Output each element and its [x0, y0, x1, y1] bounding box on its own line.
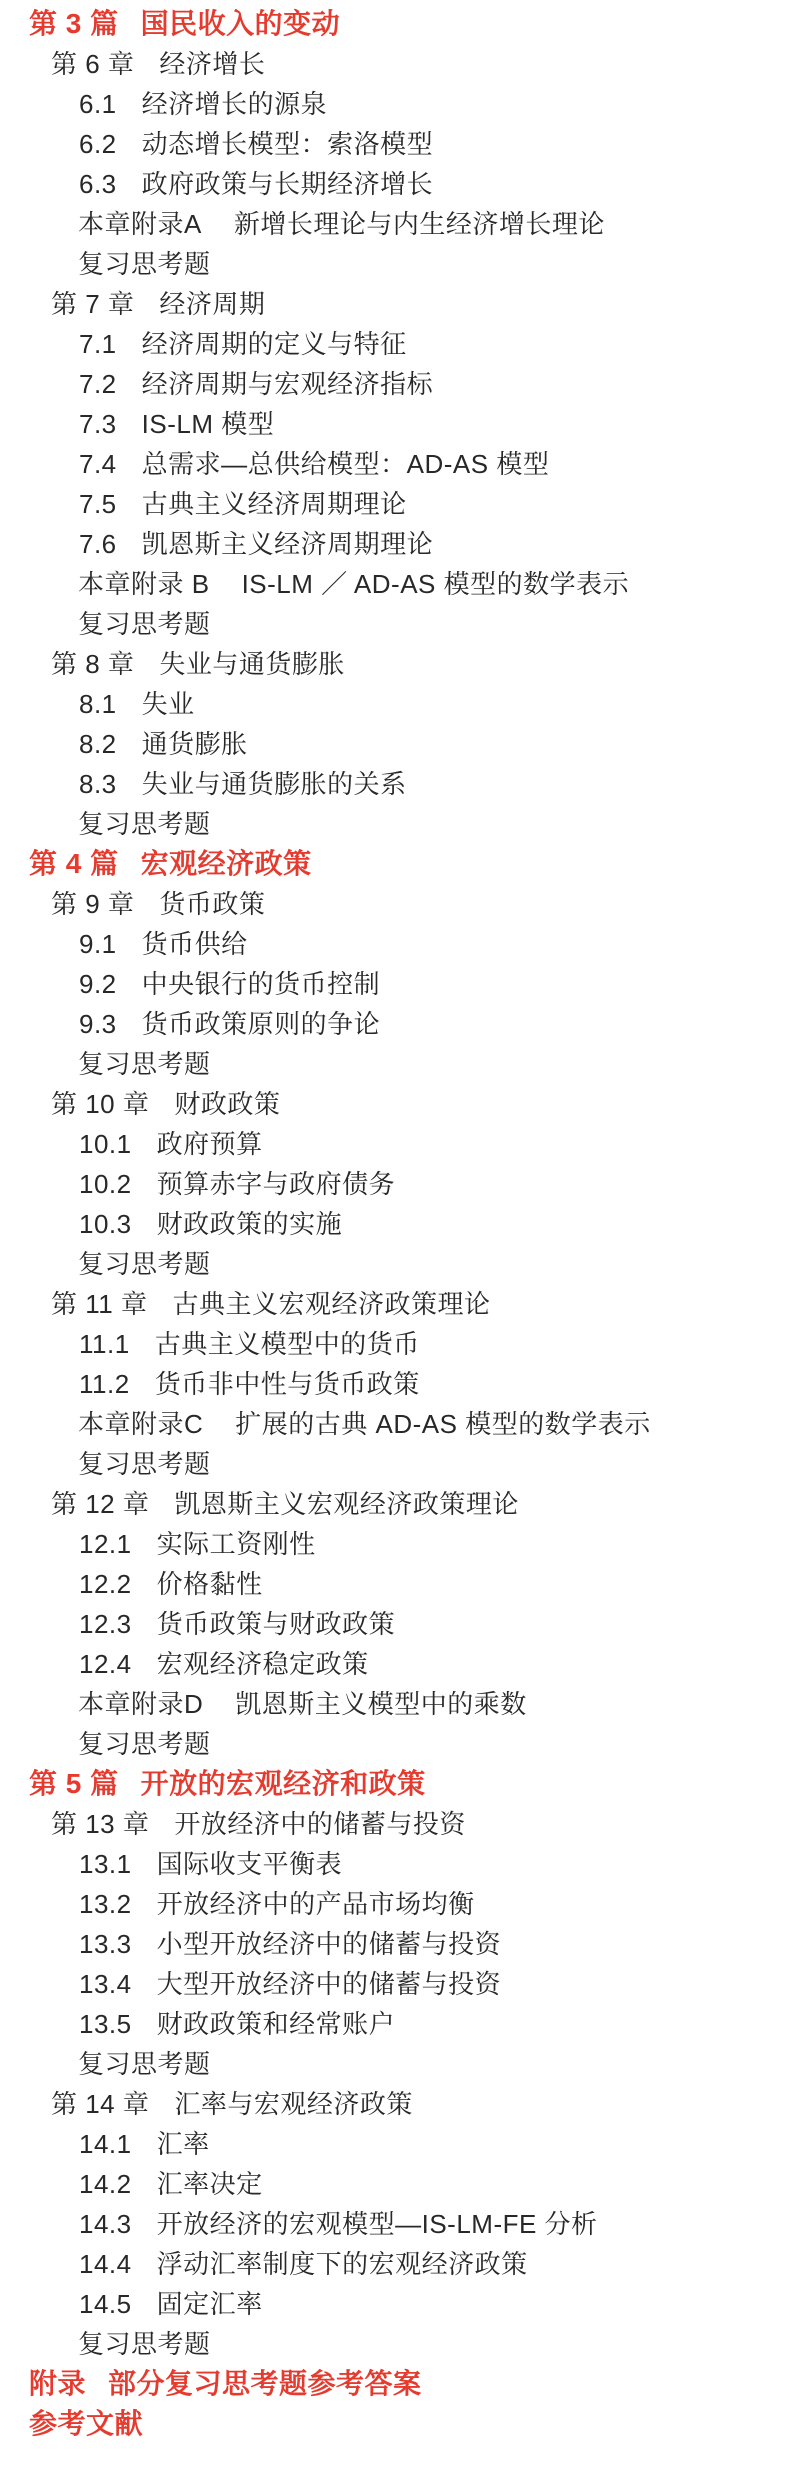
- toc-item-title: 经济周期的定义与特征: [142, 324, 407, 364]
- toc-item-number: 13.1: [79, 1844, 132, 1884]
- toc-part-heading: 参考文献: [0, 2404, 790, 2444]
- toc-item-title: 货币政策与财政政策: [157, 1604, 396, 1644]
- toc-item-title: 复习思考题: [78, 1724, 211, 1764]
- toc-section-item: 7.3IS-LM 模型: [0, 404, 790, 444]
- toc-item-number: 第 13 章: [51, 1804, 149, 1844]
- toc-section-item: 13.4大型开放经济中的储蓄与投资: [0, 1964, 790, 2004]
- toc-item-number: 13.4: [79, 1964, 132, 2004]
- toc-item-number: 第 12 章: [51, 1484, 149, 1524]
- toc-item-number: 8.3: [79, 764, 117, 804]
- toc-section-item: 7.4总需求—总供给模型：AD-AS 模型: [0, 444, 790, 484]
- toc-item-title: 财政政策的实施: [157, 1204, 343, 1244]
- toc-review-item: 复习思考题: [0, 2044, 790, 2084]
- toc-item-title: 预算赤字与政府债务: [157, 1164, 396, 1204]
- toc-review-item: 复习思考题: [0, 244, 790, 284]
- toc-item-number: 6.2: [79, 124, 117, 164]
- toc-item-number: 10.2: [79, 1164, 132, 1204]
- toc-part-heading: 第 3 篇国民收入的变动: [0, 4, 790, 44]
- toc-item-title: 经济增长: [159, 44, 265, 84]
- toc-item-number: 13.3: [79, 1924, 132, 1964]
- toc-section-item: 13.2开放经济中的产品市场均衡: [0, 1884, 790, 1924]
- toc-item-title: 参考文献: [29, 2404, 143, 2444]
- toc-item-number: 14.1: [79, 2124, 132, 2164]
- toc-item-title: 古典主义模型中的货币: [155, 1324, 420, 1364]
- toc-item-title: 复习思考题: [78, 804, 211, 844]
- toc-section-item: 6.1经济增长的源泉: [0, 84, 790, 124]
- toc-chapter-item: 第 6 章经济增长: [0, 44, 790, 84]
- toc-section-item: 10.2预算赤字与政府债务: [0, 1164, 790, 1204]
- toc-item-number: 12.1: [79, 1524, 132, 1564]
- toc-section-item: 13.5财政政策和经常账户: [0, 2004, 790, 2044]
- toc-item-title: 价格黏性: [157, 1564, 263, 1604]
- toc-section-item: 14.5固定汇率: [0, 2284, 790, 2324]
- toc-section-item: 7.6凯恩斯主义经济周期理论: [0, 524, 790, 564]
- toc-item-title: 汇率: [157, 2124, 210, 2164]
- toc-section-item: 12.4宏观经济稳定政策: [0, 1644, 790, 1684]
- toc-item-title: 凯恩斯主义经济周期理论: [142, 524, 434, 564]
- toc-item-title: 凯恩斯主义宏观经济政策理论: [174, 1484, 519, 1524]
- toc-section-item: 7.5古典主义经济周期理论: [0, 484, 790, 524]
- toc-item-number: 14.2: [79, 2164, 132, 2204]
- toc-section-item: 14.4浮动汇率制度下的宏观经济政策: [0, 2244, 790, 2284]
- toc-item-title: 复习思考题: [78, 1444, 211, 1484]
- toc-item-title: 复习思考题: [78, 1244, 211, 1284]
- toc-item-number: 7.3: [79, 404, 117, 444]
- toc-section-item: 14.2汇率决定: [0, 2164, 790, 2204]
- toc-item-number: 本章附录C: [78, 1404, 203, 1444]
- toc-section-item: 11.2货币非中性与货币政策: [0, 1364, 790, 1404]
- toc-section-item: 8.2通货膨胀: [0, 724, 790, 764]
- toc-item-title: 国民收入的变动: [141, 4, 341, 44]
- toc-section-item: 8.3失业与通货膨胀的关系: [0, 764, 790, 804]
- toc-review-item: 复习思考题: [0, 2324, 790, 2364]
- toc-item-title: IS-LM ／ AD-AS 模型的数学表示: [242, 564, 630, 604]
- toc-item-number: 第 11 章: [51, 1284, 147, 1324]
- toc-item-title: 财政政策和经常账户: [157, 2004, 396, 2044]
- toc-item-number: 第 3 篇: [29, 4, 119, 44]
- toc-chapter-item: 第 10 章财政政策: [0, 1084, 790, 1124]
- toc-item-number: 第 5 篇: [29, 1764, 119, 1804]
- toc-item-title: 开放经济中的储蓄与投资: [174, 1804, 466, 1844]
- toc-item-title: 货币政策: [159, 884, 265, 924]
- toc-section-item: 10.1政府预算: [0, 1124, 790, 1164]
- toc-section-item: 7.1经济周期的定义与特征: [0, 324, 790, 364]
- toc-item-title: 固定汇率: [157, 2284, 263, 2324]
- toc-item-title: 复习思考题: [78, 2044, 211, 2084]
- toc-item-title: 大型开放经济中的储蓄与投资: [157, 1964, 502, 2004]
- toc-item-title: 经济周期与宏观经济指标: [142, 364, 434, 404]
- toc-item-number: 本章附录D: [78, 1684, 203, 1724]
- toc-item-number: 第 10 章: [51, 1084, 149, 1124]
- toc-section-item: 6.2动态增长模型：索洛模型: [0, 124, 790, 164]
- toc-item-title: 总需求—总供给模型：AD-AS 模型: [142, 444, 550, 484]
- toc-section-item: 8.1失业: [0, 684, 790, 724]
- toc-item-number: 7.4: [79, 444, 117, 484]
- toc-section-item: 14.3开放经济的宏观模型—IS-LM-FE 分析: [0, 2204, 790, 2244]
- toc-item-number: 7.5: [79, 484, 117, 524]
- toc-item-title: 小型开放经济中的储蓄与投资: [157, 1924, 502, 1964]
- toc-item-title: 复习思考题: [78, 2324, 211, 2364]
- toc-item-title: 财政政策: [174, 1084, 280, 1124]
- toc-item-number: 10.1: [79, 1124, 132, 1164]
- toc-item-number: 第 7 章: [51, 284, 134, 324]
- toc-item-number: 14.4: [79, 2244, 132, 2284]
- toc-item-title: 复习思考题: [78, 604, 211, 644]
- toc-section-item: 12.3货币政策与财政政策: [0, 1604, 790, 1644]
- toc-item-number: 8.2: [79, 724, 117, 764]
- toc-item-number: 11.2: [79, 1364, 130, 1404]
- toc-item-number: 12.2: [79, 1564, 132, 1604]
- toc-chapter-item: 第 12 章凯恩斯主义宏观经济政策理论: [0, 1484, 790, 1524]
- toc-item-title: 货币政策原则的争论: [142, 1004, 381, 1044]
- toc-item-title: 政府政策与长期经济增长: [142, 164, 434, 204]
- toc-review-item: 复习思考题: [0, 804, 790, 844]
- toc-list: 第 3 篇国民收入的变动第 6 章经济增长6.1经济增长的源泉6.2动态增长模型…: [0, 4, 790, 2444]
- toc-item-title: 开放的宏观经济和政策: [141, 1764, 426, 1804]
- toc-item-title: 开放经济中的产品市场均衡: [157, 1884, 475, 1924]
- toc-section-item: 13.1国际收支平衡表: [0, 1844, 790, 1884]
- toc-appendix-item: 本章附录C扩展的古典 AD-AS 模型的数学表示: [0, 1404, 790, 1444]
- toc-item-number: 附录: [29, 2364, 86, 2404]
- toc-item-number: 13.5: [79, 2004, 132, 2044]
- toc-section-item: 14.1汇率: [0, 2124, 790, 2164]
- toc-item-title: 政府预算: [157, 1124, 263, 1164]
- toc-part-heading: 附录部分复习思考题参考答案: [0, 2364, 790, 2404]
- toc-section-item: 9.3货币政策原则的争论: [0, 1004, 790, 1044]
- toc-item-title: 国际收支平衡表: [157, 1844, 343, 1884]
- toc-item-title: 失业与通货膨胀: [159, 644, 345, 684]
- toc-item-title: 宏观经济稳定政策: [157, 1644, 369, 1684]
- toc-item-title: 浮动汇率制度下的宏观经济政策: [157, 2244, 528, 2284]
- toc-review-item: 复习思考题: [0, 1444, 790, 1484]
- toc-item-number: 第 8 章: [51, 644, 134, 684]
- toc-item-title: 通货膨胀: [142, 724, 248, 764]
- toc-item-title: 汇率决定: [157, 2164, 263, 2204]
- toc-item-title: 货币非中性与货币政策: [155, 1364, 420, 1404]
- toc-review-item: 复习思考题: [0, 1044, 790, 1084]
- toc-item-number: 7.6: [79, 524, 117, 564]
- toc-item-title: 古典主义宏观经济政策理论: [172, 1284, 490, 1324]
- toc-chapter-item: 第 7 章经济周期: [0, 284, 790, 324]
- toc-item-title: 开放经济的宏观模型—IS-LM-FE 分析: [157, 2204, 598, 2244]
- toc-item-title: 汇率与宏观经济政策: [174, 2084, 413, 2124]
- toc-item-title: 中央银行的货币控制: [142, 964, 381, 1004]
- toc-item-title: 复习思考题: [78, 244, 211, 284]
- toc-chapter-item: 第 14 章汇率与宏观经济政策: [0, 2084, 790, 2124]
- toc-item-title: 凯恩斯主义模型中的乘数: [235, 1684, 527, 1724]
- toc-section-item: 7.2经济周期与宏观经济指标: [0, 364, 790, 404]
- toc-item-number: 9.3: [79, 1004, 117, 1044]
- toc-item-number: 第 14 章: [51, 2084, 149, 2124]
- toc-item-number: 7.1: [79, 324, 117, 364]
- toc-item-number: 9.1: [79, 924, 117, 964]
- toc-section-item: 13.3小型开放经济中的储蓄与投资: [0, 1924, 790, 1964]
- toc-section-item: 9.2中央银行的货币控制: [0, 964, 790, 1004]
- toc-item-number: 12.4: [79, 1644, 132, 1684]
- toc-item-number: 第 9 章: [51, 884, 134, 924]
- toc-chapter-item: 第 11 章古典主义宏观经济政策理论: [0, 1284, 790, 1324]
- toc-item-number: 第 6 章: [51, 44, 134, 84]
- toc-item-title: 古典主义经济周期理论: [142, 484, 407, 524]
- toc-chapter-item: 第 9 章货币政策: [0, 884, 790, 924]
- toc-review-item: 复习思考题: [0, 604, 790, 644]
- toc-section-item: 12.2价格黏性: [0, 1564, 790, 1604]
- toc-item-number: 第 4 篇: [29, 844, 119, 884]
- toc-item-number: 7.2: [79, 364, 117, 404]
- toc-item-title: 复习思考题: [78, 1044, 211, 1084]
- toc-chapter-item: 第 8 章失业与通货膨胀: [0, 644, 790, 684]
- toc-item-title: 动态增长模型：索洛模型: [142, 124, 434, 164]
- toc-part-heading: 第 5 篇开放的宏观经济和政策: [0, 1764, 790, 1804]
- toc-section-item: 11.1古典主义模型中的货币: [0, 1324, 790, 1364]
- toc-item-number: 6.1: [79, 84, 117, 124]
- toc-section-item: 10.3财政政策的实施: [0, 1204, 790, 1244]
- toc-item-title: 经济增长的源泉: [142, 84, 328, 124]
- toc-review-item: 复习思考题: [0, 1724, 790, 1764]
- toc-section-item: 9.1货币供给: [0, 924, 790, 964]
- toc-item-number: 6.3: [79, 164, 117, 204]
- toc-part-heading: 第 4 篇宏观经济政策: [0, 844, 790, 884]
- toc-item-title: 失业与通货膨胀的关系: [142, 764, 407, 804]
- toc-chapter-item: 第 13 章开放经济中的储蓄与投资: [0, 1804, 790, 1844]
- toc-appendix-item: 本章附录 BIS-LM ／ AD-AS 模型的数学表示: [0, 564, 790, 604]
- toc-item-number: 12.3: [79, 1604, 132, 1644]
- toc-item-title: 新增长理论与内生经济增长理论: [234, 204, 605, 244]
- toc-item-number: 8.1: [79, 684, 117, 724]
- toc-appendix-item: 本章附录D凯恩斯主义模型中的乘数: [0, 1684, 790, 1724]
- toc-item-number: 10.3: [79, 1204, 132, 1244]
- toc-item-number: 本章附录 B: [78, 564, 210, 604]
- toc-item-number: 9.2: [79, 964, 117, 1004]
- toc-item-number: 14.3: [79, 2204, 132, 2244]
- toc-item-title: 货币供给: [142, 924, 248, 964]
- toc-item-title: 部分复习思考题参考答案: [108, 2364, 422, 2404]
- toc-item-number: 11.1: [79, 1324, 130, 1364]
- toc-review-item: 复习思考题: [0, 1244, 790, 1284]
- toc-appendix-item: 本章附录A新增长理论与内生经济增长理论: [0, 204, 790, 244]
- toc-item-title: 失业: [142, 684, 195, 724]
- toc-item-title: IS-LM 模型: [142, 404, 275, 444]
- toc-section-item: 6.3政府政策与长期经济增长: [0, 164, 790, 204]
- toc-item-title: 经济周期: [159, 284, 265, 324]
- toc-item-number: 14.5: [79, 2284, 132, 2324]
- toc-item-number: 本章附录A: [78, 204, 202, 244]
- toc-item-title: 实际工资刚性: [157, 1524, 316, 1564]
- toc-item-number: 13.2: [79, 1884, 132, 1924]
- toc-item-title: 宏观经济政策: [141, 844, 312, 884]
- table-of-contents: 第 3 篇国民收入的变动第 6 章经济增长6.1经济增长的源泉6.2动态增长模型…: [0, 0, 790, 2444]
- toc-item-title: 扩展的古典 AD-AS 模型的数学表示: [235, 1404, 650, 1444]
- toc-section-item: 12.1实际工资刚性: [0, 1524, 790, 1564]
